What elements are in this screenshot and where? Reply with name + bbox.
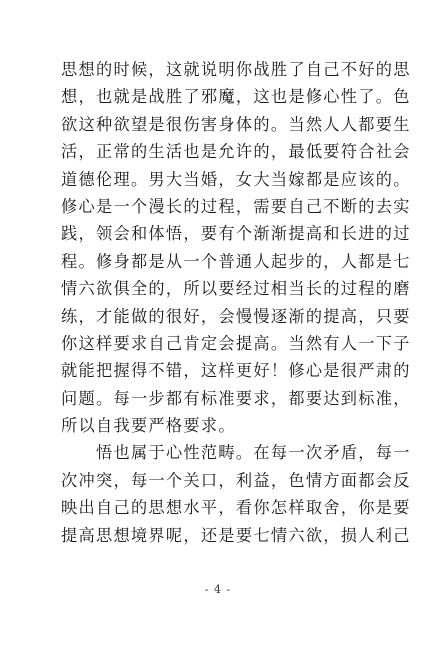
text-line: 就能把握得不错，这样更好！修心是很严肃的 — [61, 357, 379, 384]
text-line: 映出自己的思想水平，看你怎样取舍，你是要 — [61, 494, 379, 521]
text-line: 提高思想境界呢，还是要七情六欲，损人利己 — [61, 522, 379, 549]
text-line: 练，才能做的很好，会慢慢逐渐的提高，只要 — [61, 303, 379, 330]
text-line: 问题。每一步都有标准要求，都要达到标准， — [61, 385, 379, 412]
document-page: 思想的时候，这就说明你战胜了自己不好的思 想，也就是战胜了邪魔，这也是修心性了。… — [0, 0, 436, 657]
paragraph-first-line: 悟也属于心性范畴。在每一次矛盾，每一 — [61, 439, 379, 466]
body-text: 思想的时候，这就说明你战胜了自己不好的思 想，也就是战胜了邪魔，这也是修心性了。… — [61, 56, 379, 549]
text-line: 欲这种欲望是很伤害身体的。当然人人都要生 — [61, 111, 379, 138]
text-line: 道德伦理。男大当婚，女大当嫁都是应该的。 — [61, 166, 379, 193]
text-line: 你这样要求自己肯定会提高。当然有人一下子 — [61, 330, 379, 357]
text-line: 情六欲俱全的，所以要经过相当长的过程的磨 — [61, 275, 379, 302]
text-line: 想，也就是战胜了邪魔，这也是修心性了。色 — [61, 83, 379, 110]
text-line: 修心是一个漫长的过程，需要自己不断的去实 — [61, 193, 379, 220]
text-line: 所以自我要严格要求。 — [61, 412, 379, 439]
text-line: 践，领会和体悟，要有个渐渐提高和长进的过 — [61, 220, 379, 247]
text-line: 思想的时候，这就说明你战胜了自己不好的思 — [61, 56, 379, 83]
text-line: 活，正常的生活也是允许的，最低要符合社会 — [61, 138, 379, 165]
text-line: 次冲突，每一个关口，利益，色情方面都会反 — [61, 467, 379, 494]
page-number: - 4 - — [0, 583, 436, 596]
text-line: 程。修身都是从一个普通人起步的，人都是七 — [61, 248, 379, 275]
